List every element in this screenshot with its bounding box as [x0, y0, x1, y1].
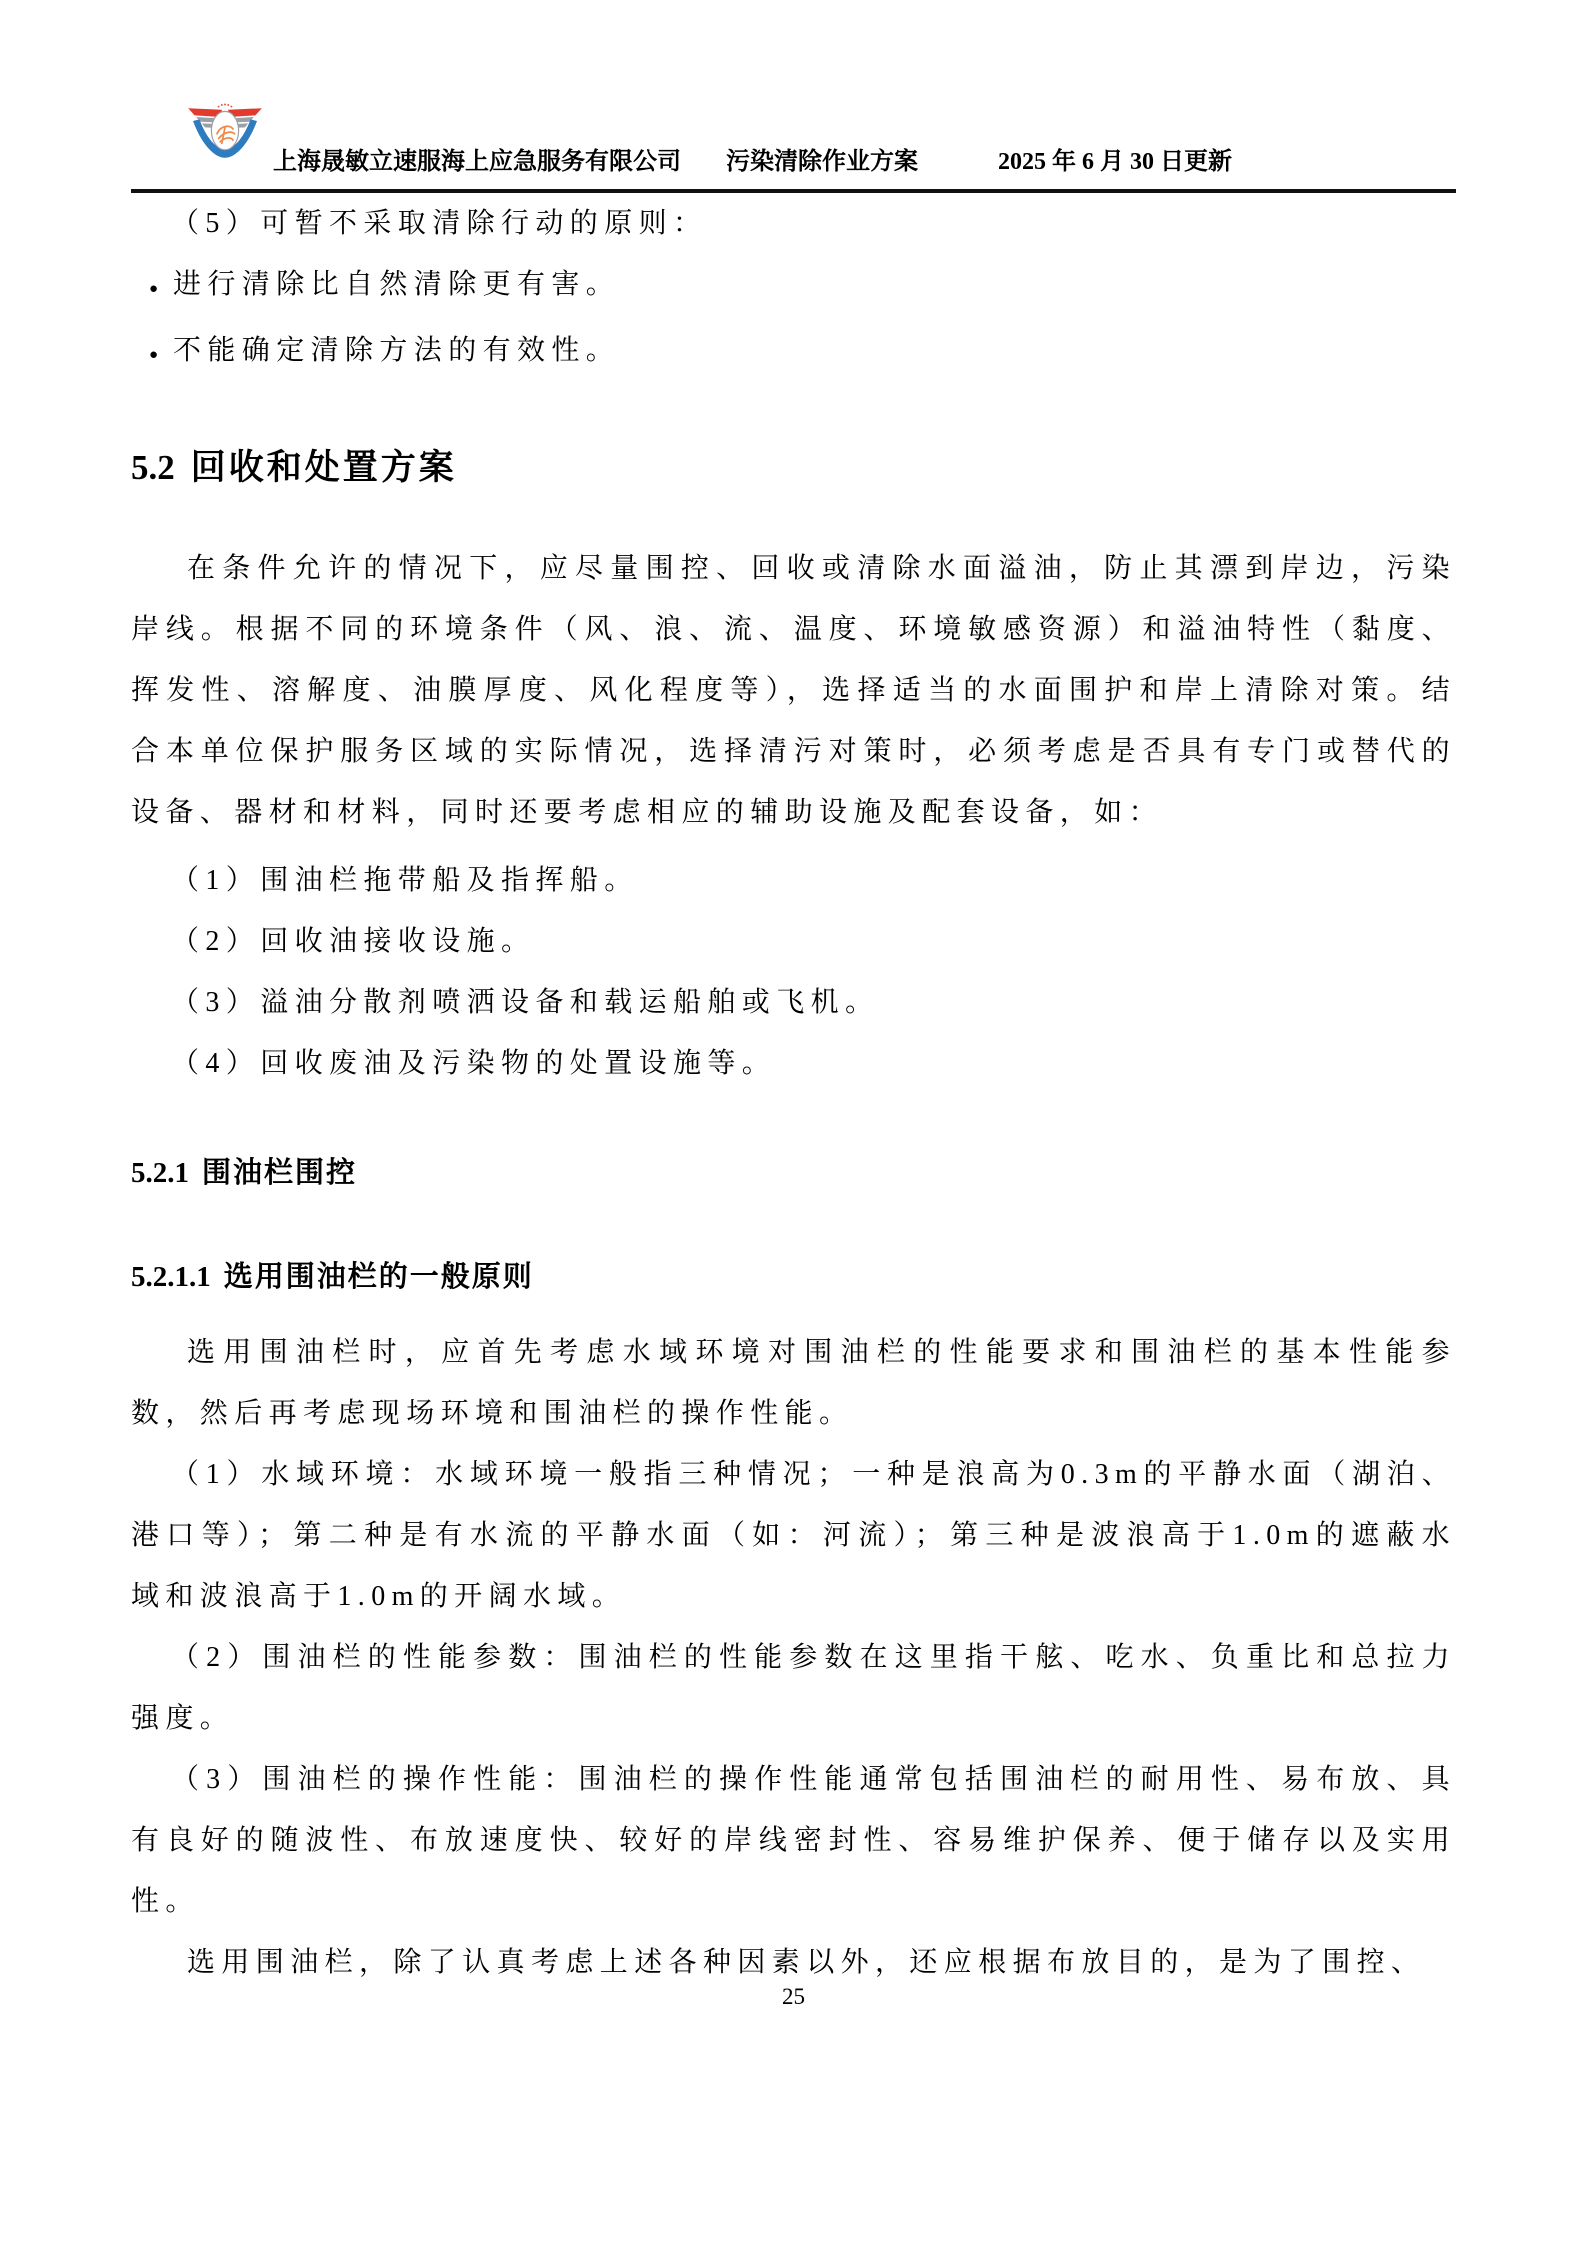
section-5-2-1-number: 5.2.1	[131, 1157, 189, 1189]
header-doc-title: 污染清除作业方案	[726, 146, 918, 178]
bullet-item-2-text: 不能确定清除方法的有效性。	[173, 320, 620, 381]
company-logo-icon	[185, 100, 265, 166]
paragraph-operational-performance: （3）围油栏的操作性能：围油栏的操作性能通常包括围油栏的耐用性、易布放、具有良好…	[131, 1749, 1456, 1932]
header-text: 上海晟敏立速服海上应急服务有限公司 污染清除作业方案 2025 年 6 月 30…	[265, 146, 1232, 178]
equipment-list-item-4: （4）回收废油及污染物的处置设施等。	[131, 1033, 1456, 1094]
equipment-list-item-3: （3）溢油分散剂喷洒设备和载运船舶或飞机。	[131, 972, 1456, 1033]
document-body: （5）可暂不采取清除行动的原则： ● 进行清除比自然清除更有害。 ● 不能确定清…	[131, 193, 1456, 1993]
equipment-list-item-2: （2）回收油接收设施。	[131, 911, 1456, 972]
logo-top-marks	[218, 104, 233, 108]
section-5-2-1-title: 围油栏围控	[202, 1157, 357, 1189]
section-5-2-1-1-title: 选用围油栏的一般原则	[224, 1261, 534, 1293]
bullet-item-2: ● 不能确定清除方法的有效性。	[131, 320, 1456, 386]
section-5-2-title: 回收和处置方案	[191, 448, 457, 487]
clause-5-intro: （5）可暂不采取清除行动的原则：	[131, 193, 1456, 254]
paragraph-recovery-intro: 在条件允许的情况下，应尽量围控、回收或清除水面溢油，防止其漂到岸边，污染岸线。根…	[131, 538, 1456, 843]
document-page: 上海晟敏立速服海上应急服务有限公司 污染清除作业方案 2025 年 6 月 30…	[0, 0, 1587, 2245]
section-5-2-1-1-number: 5.2.1.1	[131, 1261, 211, 1293]
section-5-2-1-heading: 5.2.1围油栏围控	[131, 1153, 1456, 1193]
bullet-item-1: ● 进行清除比自然清除更有害。	[131, 254, 1456, 320]
bullet-dot-icon: ●	[149, 259, 173, 320]
header-updated-date: 2025 年 6 月 30 日更新	[998, 146, 1232, 178]
equipment-list-item-1: （1）围油栏拖带船及指挥船。	[131, 850, 1456, 911]
section-5-2-heading: 5.2回收和处置方案	[131, 446, 1456, 490]
paragraph-water-environment: （1）水域环境：水域环境一般指三种情况；一种是浪高为0.3m的平静水面（湖泊、港…	[131, 1444, 1456, 1627]
section-5-2-number: 5.2	[131, 448, 175, 487]
header-company-name: 上海晟敏立速服海上应急服务有限公司	[273, 146, 681, 178]
page-header: 上海晟敏立速服海上应急服务有限公司 污染清除作业方案 2025 年 6 月 30…	[131, 0, 1456, 193]
section-5-2-1-1-heading: 5.2.1.1选用围油栏的一般原则	[131, 1257, 1456, 1297]
bullet-item-1-text: 进行清除比自然清除更有害。	[173, 254, 620, 315]
bullet-dot-icon: ●	[149, 325, 173, 386]
paragraph-performance-parameters: （2）围油栏的性能参数：围油栏的性能参数在这里指干舷、吃水、负重比和总拉力强度。	[131, 1627, 1456, 1749]
paragraph-boom-selection: 选用围油栏时，应首先考虑水域环境对围油栏的性能要求和围油栏的基本性能参数，然后再…	[131, 1322, 1456, 1444]
page-number: 25	[0, 1984, 1587, 2010]
